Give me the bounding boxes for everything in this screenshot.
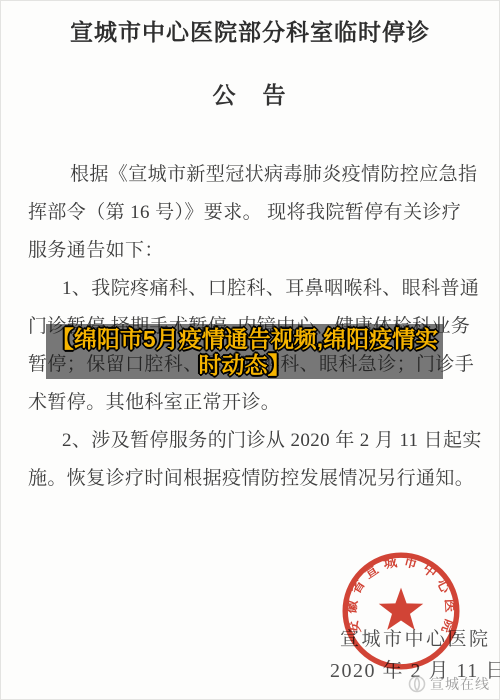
watermark: 宣城在线	[407, 674, 490, 694]
body-line: 2、涉及暂停服务的门诊从 2020 年 2 月 11 日起实	[28, 422, 474, 460]
body-line: 服务通告如下：	[28, 232, 474, 270]
page-title: 宣城市中心医院部分科室临时停诊	[0, 14, 500, 47]
caption-line-1: 【绵阳市5月疫情通告视频,绵阳疫情实	[51, 326, 438, 352]
caption-line-2: 时动态】	[199, 352, 291, 378]
body-line: 术暂停。其他科室正常开诊。	[28, 384, 474, 422]
seal-star-icon	[379, 588, 423, 630]
body-line: 根据《宣城市新型冠状病毒肺炎疫情防控应急指	[28, 156, 474, 194]
video-caption-overlay: 【绵阳市5月疫情通告视频,绵阳疫情实 时动态】	[46, 324, 443, 379]
body-line: 施。恢复诊疗时间根据疫情防控发展情况另行通知。	[28, 460, 474, 498]
hospital-seal-stamp-icon: 安徽省宣城市中心医院	[338, 548, 464, 674]
announcement-document: 宣城市中心医院部分科室临时停诊 公 告 根据《宣城市新型冠状病毒肺炎疫情防控应急…	[0, 0, 500, 700]
watermark-label: 宣城在线	[430, 674, 490, 694]
body-line: 1、我院疼痛科、口腔科、耳鼻咽喉科、眼科普通	[28, 270, 474, 308]
body-line: 挥部令（第 16 号）》要求。 现将我院暂停有关诊疗	[28, 194, 474, 232]
announcement-heading: 公 告	[0, 77, 500, 110]
watermark-logo-icon	[407, 674, 427, 694]
